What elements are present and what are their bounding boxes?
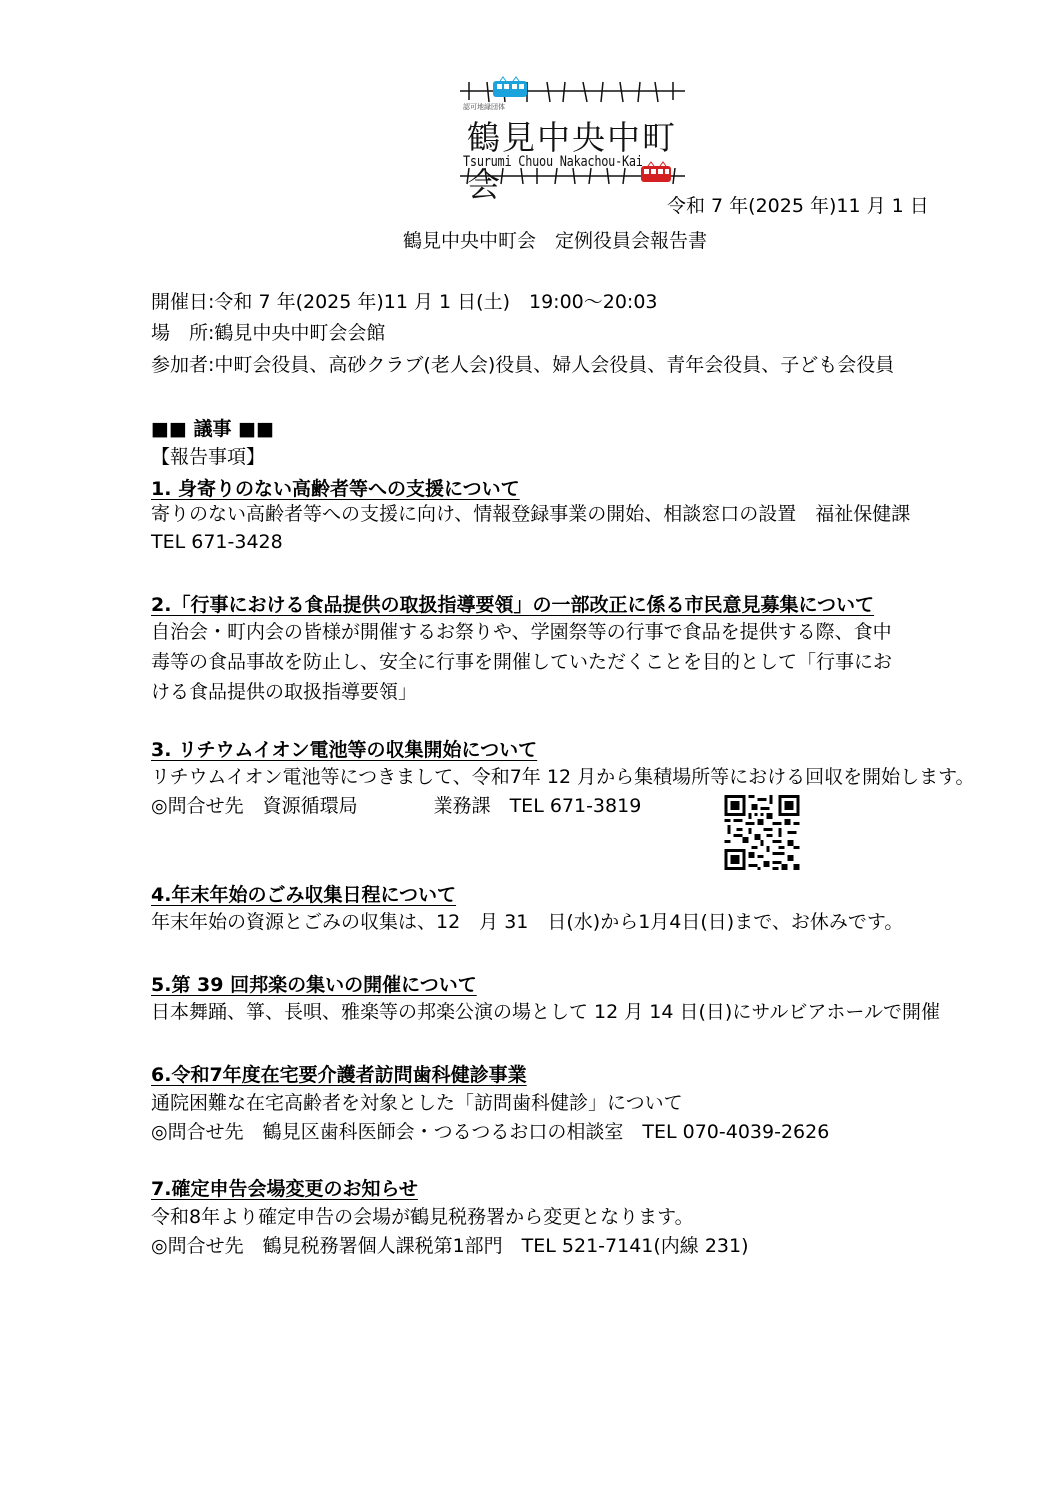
- agenda-item-4-line: 年末年始の資源とごみの収集は、12 月 31 日(水)から1月4日(日)まで、お…: [151, 908, 903, 936]
- agenda-item-7-title: 7.確定申告会場変更のお知らせ: [151, 1174, 418, 1201]
- agenda-item-7-line: ◎問合せ先 鶴見税務署個人課税第1部門 TEL 521-7141(内線 231): [151, 1232, 749, 1260]
- agenda-item-3-line: ◎問合せ先 資源循環局 業務課 TEL 671-3819: [151, 792, 641, 820]
- agenda-item-2-line: ける食品提供の取扱指導要領」: [151, 678, 417, 706]
- agenda-item-7-line: 令和8年より確定申告の会場が鶴見税務署から変更となります。: [151, 1203, 694, 1231]
- agenda-item-2-line: 自治会・町内会の皆様が開催するお祭りや、学園祭等の行事で食品を提供する際、食中: [151, 618, 892, 646]
- agenda-item-6-title: 6.令和7年度在宅要介護者訪問歯科健診事業: [151, 1060, 527, 1087]
- report-date: 令和 7 年(2025 年)11 月 1 日: [667, 191, 929, 218]
- agenda-item-2-line: 毒等の食品事故を防止し、安全に行事を開催していただくことを目的として「行事にお: [151, 648, 892, 676]
- agenda-item-6-line: ◎問合せ先 鶴見区歯科医師会・つるつるお口の相談室 TEL 070-4039-2…: [151, 1118, 829, 1146]
- meeting-attendees: 参加者:中町会役員、高砂クラブ(老人会)役員、婦人会役員、青年会役員、子ども会役…: [151, 351, 894, 379]
- agenda-item-3-line: リチウムイオン電池等につきまして、令和7年 12 月から集積場所等における回収を…: [151, 763, 975, 791]
- blue-train-icon: [493, 77, 527, 97]
- agenda-item-4-title: 4.年末年始のごみ収集日程について: [151, 880, 456, 907]
- agenda-item-5-line: 日本舞踊、箏、長唄、雅楽等の邦楽公演の場として 12 月 14 日(日)にサルビ…: [151, 998, 940, 1026]
- agenda-item-6-line: 通院困難な在宅高齢者を対象とした「訪問歯科健診」について: [151, 1089, 683, 1117]
- qr-code-icon[interactable]: [723, 795, 801, 870]
- meeting-date: 開催日:令和 7 年(2025 年)11 月 1 日(土) 19:00～20:0…: [151, 288, 658, 316]
- agenda-item-3-title: 3. リチウムイオン電池等の収集開始について: [151, 735, 537, 762]
- logo-small-label: 認可地縁団体: [463, 102, 505, 112]
- report-title: 鶴見中央中町会 定例役員会報告書: [403, 226, 707, 253]
- agenda-subheading: 【報告事項】: [151, 443, 265, 471]
- agenda-item-1-line: 寄りのない高齢者等への支援に向け、情報登録事業の開始、相談窓口の設置 福祉保健課: [151, 500, 910, 528]
- agenda-heading: ■■ 議事 ■■: [151, 415, 274, 443]
- agenda-item-1-title: 1. 身寄りのない高齢者等への支援について: [151, 474, 520, 501]
- meeting-place: 場 所:鶴見中央中町会会館: [151, 319, 385, 347]
- logo-name-roman: Tsurumi Chuou Nakachou-Kai: [463, 154, 643, 170]
- agenda-item-2-title: 2.「行事における食品提供の取扱指導要領」の一部改正に係る市民意見募集について: [151, 590, 874, 617]
- agenda-item-5-title: 5.第 39 回邦楽の集いの開催について: [151, 970, 477, 997]
- agenda-item-1-line: TEL 671-3428: [151, 528, 283, 556]
- organization-logo: 認可地縁団体 鶴見中央中町会 Tsurumi Chuou Nakachou-Ka…: [455, 72, 695, 192]
